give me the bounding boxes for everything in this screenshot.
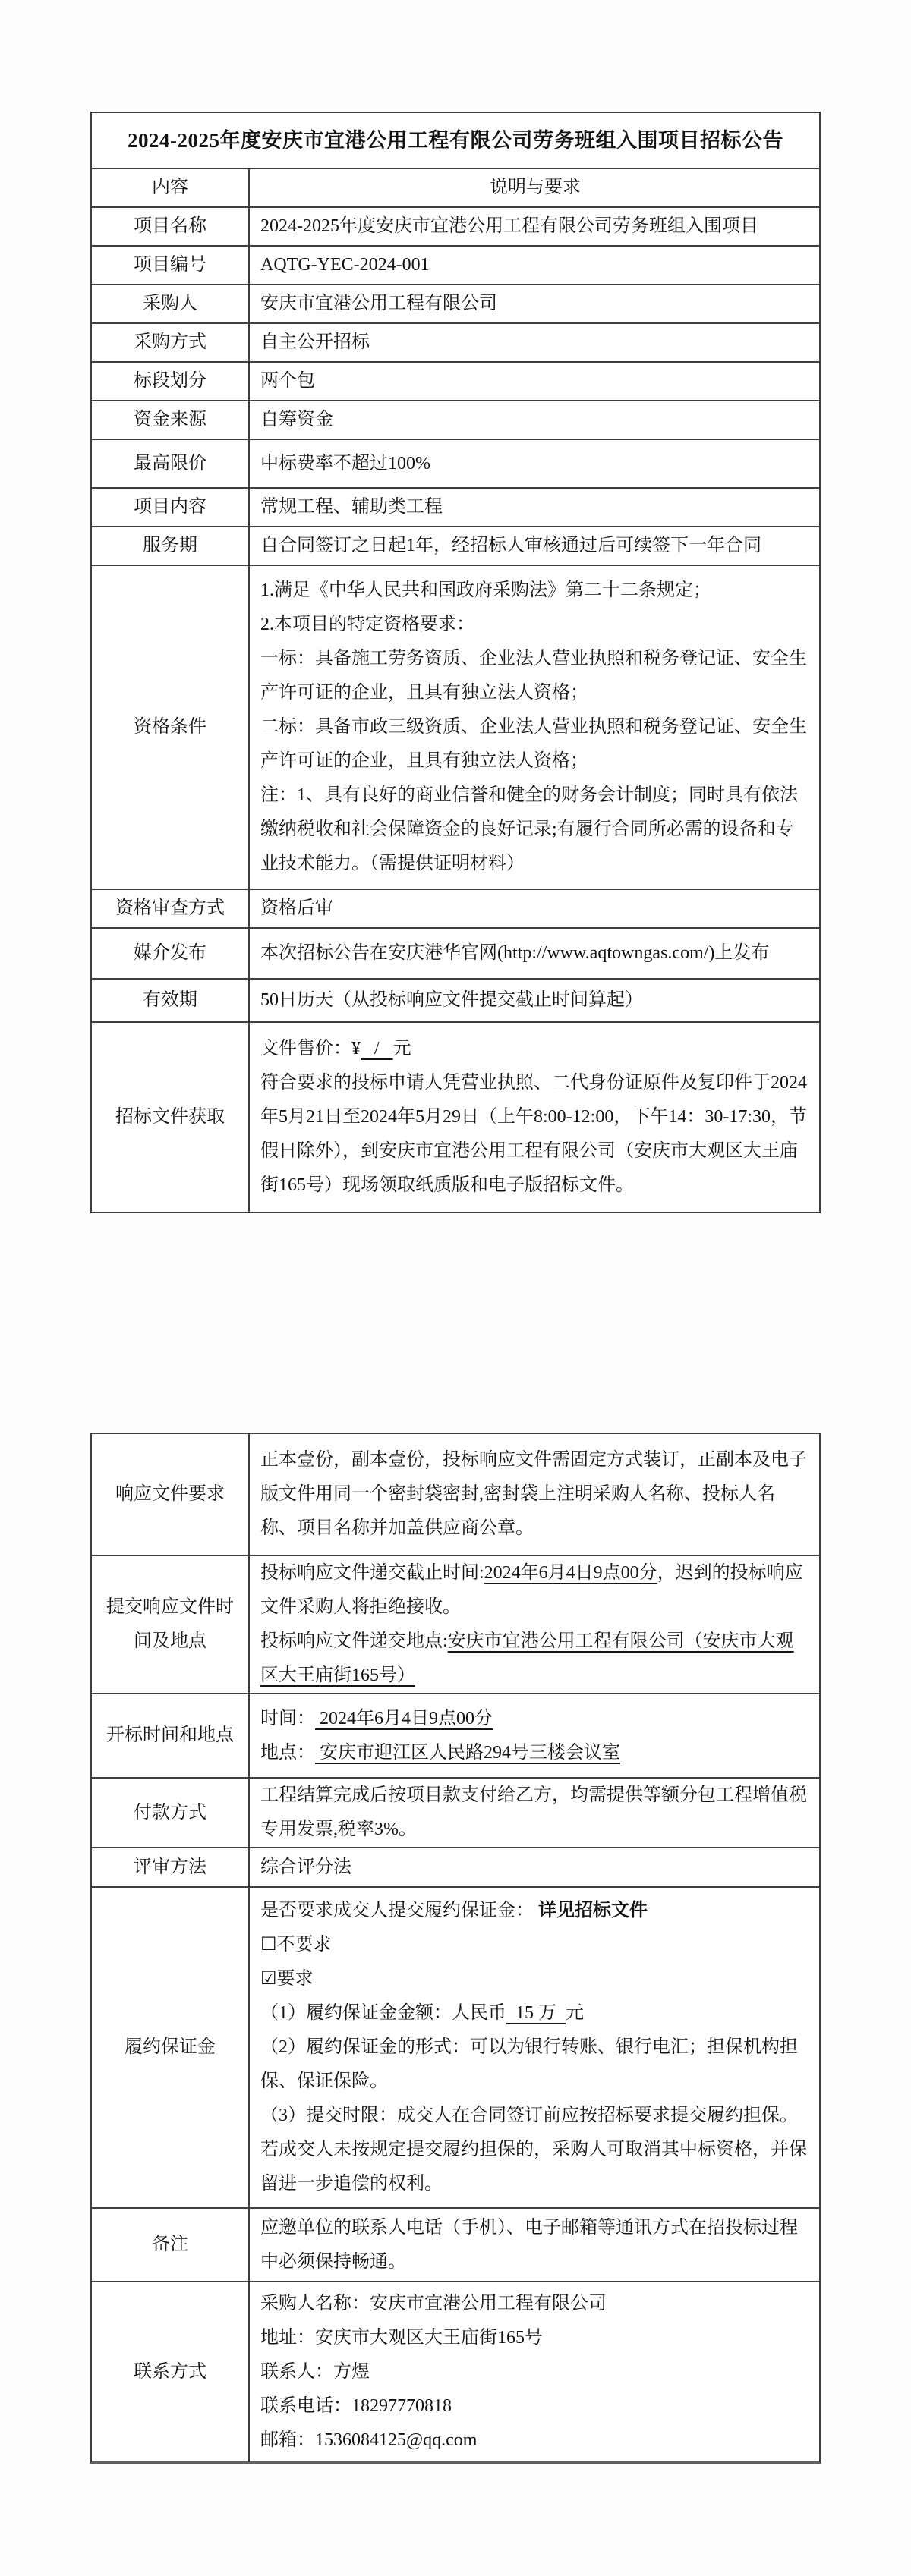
paragraph: 1.满足《中华人民共和国政府采购法》第二十二条规定； (260, 574, 810, 608)
text-run: 注：1、具有良好的商业信誉和健全的财务会计制度；同时具有依法缴纳税收和社会保障资… (260, 785, 798, 873)
document-content: 2024-2025年度安庆市宜港公用工程有限公司劳务班组入围项目招标公告 内容 … (90, 0, 821, 2464)
text-run: 详见招标文件 (538, 1901, 648, 1920)
paragraph: 二标：具备市政三级资质、企业法人营业执照和税务登记证、安全生产许可证的企业，且具… (260, 710, 810, 778)
row-value: 中标费率不超过100% (250, 440, 819, 487)
text-run: （1）履约保证金金额：人民币 (260, 2003, 506, 2023)
row-value: 正本壹份，副本壹份，投标响应文件需固定方式装订，正副本及电子版文件用同一个密封袋… (250, 1434, 819, 1555)
row-value: 工程结算完成后按项目款支付给乙方，均需提供等额分包工程增值税专用发票,税率3%。 (250, 1779, 819, 1847)
row-label: 备注 (92, 2209, 250, 2281)
page-title: 2024-2025年度安庆市宜港公用工程有限公司劳务班组入围项目招标公告 (92, 127, 819, 153)
row-value: 时间： 2024年6月4日9点00分地点： 安庆市迎江区人民路294号三楼会议室 (250, 1694, 819, 1777)
paragraph: 采购人名称：安庆市宜港公用工程有限公司 (260, 2287, 810, 2321)
row-value: 1.满足《中华人民共和国政府采购法》第二十二条规定；2.本项目的特定资格要求：一… (250, 566, 819, 889)
paragraph: 工程结算完成后按项目款支付给乙方，均需提供等额分包工程增值税专用发票,税率3%。 (260, 1779, 810, 1847)
text-run: 安庆市宜港公用工程有限公司 (260, 294, 497, 313)
text-run: 资格后审 (260, 898, 333, 918)
row-label: 履约保证金 (92, 1888, 250, 2207)
paragraph: 常规工程、辅助类工程 (260, 490, 810, 524)
row-label: 最高限价 (92, 440, 250, 487)
text-run: 联系电话：18297770818 (260, 2396, 452, 2416)
paragraph: ☑要求 (260, 1962, 810, 1996)
table-row: 资金来源自筹资金 (92, 401, 819, 440)
table-row: 付款方式工程结算完成后按项目款支付给乙方，均需提供等额分包工程增值税专用发票,税… (92, 1779, 819, 1848)
table-row: 有效期50日历天（从投标响应文件提交截止时间算起） (92, 980, 819, 1023)
text-run: 投标响应文件递交截止时间: (260, 1563, 484, 1583)
table-row: 招标文件获取文件售价：¥ / 元符合要求的投标申请人凭营业执照、二代身份证原件及… (92, 1023, 819, 1212)
paragraph: 投标响应文件递交截止时间:2024年6月4日9点00分，迟到的投标响应文件采购人… (260, 1556, 810, 1625)
text-run: 邮箱：1536084125@qq.com (260, 2430, 477, 2450)
row-label: 评审方法 (92, 1848, 250, 1886)
paragraph: 应邀单位的联系人电话（手机）、电子邮箱等通讯方式在招投标过程中必须保持畅通。 (260, 2211, 810, 2279)
table-row: 标段划分两个包 (92, 363, 819, 401)
text-run: 本次招标公告在安庆港华官网(http://www.aqtowngas.com/)… (260, 943, 769, 963)
table-row: 项目内容常规工程、辅助类工程 (92, 489, 819, 527)
paragraph: 地址：安庆市大观区大王庙街165号 (260, 2321, 810, 2355)
row-value: 常规工程、辅助类工程 (250, 489, 819, 526)
paragraph: 资格后审 (260, 892, 810, 926)
paragraph: 联系人：方煜 (260, 2355, 810, 2389)
text-run: 时间： (260, 1709, 315, 1728)
text-run: 联系人：方煜 (260, 2362, 370, 2382)
text-run: 自合同签订之日起1年，经招标人审核通过后可续签下一年合同 (260, 536, 761, 555)
paragraph: 文件售价：¥ / 元 (260, 1032, 810, 1066)
row-label: 采购方式 (92, 324, 250, 361)
paragraph: （1）履约保证金金额：人民币 15 万 元 (260, 1996, 810, 2030)
row-value: 两个包 (250, 363, 819, 400)
row-label: 有效期 (92, 980, 250, 1021)
page: 2024-2025年度安庆市宜港公用工程有限公司劳务班组入围项目招标公告 内容 … (0, 0, 911, 2576)
paragraph: 自主公开招标 (260, 326, 810, 360)
paragraph: 投标响应文件递交地点:安庆市宜港公用工程有限公司（安庆市大观区大王庙街165号） (260, 1625, 810, 1693)
table-header-row: 内容 说明与要求 (92, 169, 819, 208)
paragraph: 2.本项目的特定资格要求： (260, 608, 810, 642)
text-run: 2024年6月4日9点00分 (484, 1563, 657, 1583)
row-label: 提交响应文件时间及地点 (92, 1556, 250, 1693)
text-run: 自筹资金 (260, 410, 333, 429)
row-label: 招标文件获取 (92, 1023, 250, 1212)
text-run: 50日历天（从投标响应文件提交截止时间算起） (260, 990, 643, 1010)
row-label: 项目内容 (92, 489, 250, 526)
row-value: 投标响应文件递交截止时间:2024年6月4日9点00分，迟到的投标响应文件采购人… (250, 1556, 819, 1693)
paragraph: 一标：具备施工劳务资质、企业法人营业执照和税务登记证、安全生产许可证的企业，且具… (260, 642, 810, 710)
header-col-description: 说明与要求 (250, 169, 819, 206)
paragraph: 自筹资金 (260, 403, 810, 437)
paragraph: ☐不要求 (260, 1928, 810, 1962)
text-run: 二标：具备市政三级资质、企业法人营业执照和税务登记证、安全生产许可证的企业，且具… (260, 717, 807, 771)
text-run: 15 万 (506, 2003, 566, 2023)
text-run: 不要求 (277, 1935, 332, 1955)
header-col-content: 内容 (92, 169, 250, 206)
text-run: 综合评分法 (260, 1857, 351, 1877)
paragraph: 自合同签订之日起1年，经招标人审核通过后可续签下一年合同 (260, 529, 810, 563)
row-label: 媒介发布 (92, 929, 250, 978)
paragraph: （2）履约保证金的形式：可以为银行转账、银行电汇；担保机构担保、保证保险。 (260, 2030, 810, 2099)
table-row: 最高限价中标费率不超过100% (92, 440, 819, 489)
table-row: 备注应邀单位的联系人电话（手机）、电子邮箱等通讯方式在招投标过程中必须保持畅通。 (92, 2209, 819, 2282)
text-run: 中标费率不超过100% (260, 454, 430, 473)
paragraph: 2024-2025年度安庆市宜港公用工程有限公司劳务班组入围项目 (260, 209, 810, 244)
row-value: AQTG-YEC-2024-001 (250, 247, 819, 284)
table-row: 采购方式自主公开招标 (92, 324, 819, 363)
row-value: 2024-2025年度安庆市宜港公用工程有限公司劳务班组入围项目 (250, 208, 819, 245)
paragraph: 联系电话：18297770818 (260, 2389, 810, 2423)
row-value: 文件售价：¥ / 元符合要求的投标申请人凭营业执照、二代身份证原件及复印件于20… (250, 1023, 819, 1212)
text-run: 元 (566, 2003, 584, 2023)
text-run: 2024-2025年度安庆市宜港公用工程有限公司劳务班组入围项目 (260, 216, 758, 236)
paragraph: 地点： 安庆市迎江区人民路294号三楼会议室 (260, 1736, 810, 1770)
paragraph: 两个包 (260, 364, 810, 398)
paragraph: 是否要求成交人提交履约保证金： 详见招标文件 (260, 1894, 810, 1928)
table-row: 开标时间和地点时间： 2024年6月4日9点00分地点： 安庆市迎江区人民路29… (92, 1694, 819, 1779)
table-row: 项目名称2024-2025年度安庆市宜港公用工程有限公司劳务班组入围项目 (92, 208, 819, 247)
paragraph: 本次招标公告在安庆港华官网(http://www.aqtowngas.com/)… (260, 936, 810, 970)
text-run: 元 (393, 1039, 411, 1058)
text-run: AQTG-YEC-2024-001 (260, 255, 430, 275)
row-value: 采购人名称：安庆市宜港公用工程有限公司地址：安庆市大观区大王庙街165号联系人：… (250, 2282, 819, 2461)
row-label: 响应文件要求 (92, 1434, 250, 1555)
row-value: 应邀单位的联系人电话（手机）、电子邮箱等通讯方式在招投标过程中必须保持畅通。 (250, 2209, 819, 2281)
text-run: 地址：安庆市大观区大王庙街165号 (260, 2328, 543, 2348)
paragraph: 正本壹份，副本壹份，投标响应文件需固定方式装订，正副本及电子版文件用同一个密封袋… (260, 1443, 810, 1546)
table-row: 服务期自合同签订之日起1年，经招标人审核通过后可续签下一年合同 (92, 527, 819, 566)
table-row: 采购人安庆市宜港公用工程有限公司 (92, 285, 819, 324)
announcement-table-2: 响应文件要求正本壹份，副本壹份，投标响应文件需固定方式装订，正副本及电子版文件用… (90, 1433, 821, 2464)
text-run: 符合要求的投标申请人凭营业执照、二代身份证原件及复印件于2024年5月21日至2… (260, 1073, 807, 1195)
text-run: 自主公开招标 (260, 332, 370, 352)
table-row: 项目编号AQTG-YEC-2024-001 (92, 247, 819, 285)
table-row: 履约保证金是否要求成交人提交履约保证金： 详见招标文件☐不要求☑要求（1）履约保… (92, 1888, 819, 2209)
text-run: 要求 (277, 1969, 314, 1989)
paragraph: 安庆市宜港公用工程有限公司 (260, 287, 810, 321)
text-run: 一标：具备施工劳务资质、企业法人营业执照和税务登记证、安全生产许可证的企业，且具… (260, 649, 807, 703)
text-run: 是否要求成交人提交履约保证金： (260, 1901, 538, 1920)
row-value: 综合评分法 (250, 1848, 819, 1886)
text-run: 文件售价：¥ (260, 1039, 361, 1058)
text-run: 两个包 (260, 371, 315, 391)
row-value: 是否要求成交人提交履约保证金： 详见招标文件☐不要求☑要求（1）履约保证金金额：… (250, 1888, 819, 2207)
row-label: 开标时间和地点 (92, 1694, 250, 1777)
table-row: 联系方式采购人名称：安庆市宜港公用工程有限公司地址：安庆市大观区大王庙街165号… (92, 2282, 819, 2461)
text-run: 2024年6月4日9点00分 (315, 1709, 493, 1728)
table-row: 媒介发布本次招标公告在安庆港华官网(http://www.aqtowngas.c… (92, 929, 819, 980)
announcement-table-1: 2024-2025年度安庆市宜港公用工程有限公司劳务班组入围项目招标公告 内容 … (90, 112, 821, 1213)
paragraph: 中标费率不超过100% (260, 447, 810, 481)
text-run: 1.满足《中华人民共和国政府采购法》第二十二条规定； (260, 580, 711, 600)
row-value: 资格后审 (250, 890, 819, 927)
paragraph: 时间： 2024年6月4日9点00分 (260, 1702, 810, 1736)
text-run: （2）履约保证金的形式：可以为银行转账、银行电汇；担保机构担保、保证保险。 (260, 2037, 798, 2091)
row-label: 采购人 (92, 285, 250, 322)
text-run: / (361, 1039, 393, 1058)
table-row: 响应文件要求正本壹份，副本壹份，投标响应文件需固定方式装订，正副本及电子版文件用… (92, 1434, 819, 1556)
paragraph: 注：1、具有良好的商业信誉和健全的财务会计制度；同时具有依法缴纳税收和社会保障资… (260, 778, 810, 881)
row-value: 安庆市宜港公用工程有限公司 (250, 285, 819, 322)
table-row: 资格条件1.满足《中华人民共和国政府采购法》第二十二条规定；2.本项目的特定资格… (92, 566, 819, 890)
row-label: 标段划分 (92, 363, 250, 400)
row-label: 项目名称 (92, 208, 250, 245)
row-value: 自合同签订之日起1年，经招标人审核通过后可续签下一年合同 (250, 527, 819, 565)
text-run: 正本壹份，副本壹份，投标响应文件需固定方式装订，正副本及电子版文件用同一个密封袋… (260, 1450, 807, 1538)
row-label: 资格条件 (92, 566, 250, 889)
paragraph: AQTG-YEC-2024-001 (260, 248, 810, 282)
text-run: 投标响应文件递交地点: (260, 1631, 448, 1651)
paragraph: 50日历天（从投标响应文件提交截止时间算起） (260, 983, 810, 1018)
text-run: 采购人名称：安庆市宜港公用工程有限公司 (260, 2294, 607, 2313)
row-value: 自主公开招标 (250, 324, 819, 361)
text-run: 工程结算完成后按项目款支付给乙方，均需提供等额分包工程增值税专用发票,税率3%。 (260, 1785, 807, 1839)
row-label: 付款方式 (92, 1779, 250, 1847)
text-run: 安庆市迎江区人民路294号三楼会议室 (315, 1743, 620, 1763)
row-value: 本次招标公告在安庆港华官网(http://www.aqtowngas.com/)… (250, 929, 819, 978)
row-label: 项目编号 (92, 247, 250, 284)
paragraph: 邮箱：1536084125@qq.com (260, 2423, 810, 2458)
text-run: 地点： (260, 1743, 315, 1763)
text-run: （3）提交时限：成交人在合同签订前应按招标要求提交履约担保。若成交人未按规定提交… (260, 2106, 807, 2194)
row-label: 服务期 (92, 527, 250, 565)
text-run: 应邀单位的联系人电话（手机）、电子邮箱等通讯方式在招投标过程中必须保持畅通。 (260, 2218, 798, 2272)
table-title-row: 2024-2025年度安庆市宜港公用工程有限公司劳务班组入围项目招标公告 (92, 113, 819, 169)
row-label: 资金来源 (92, 401, 250, 439)
text-run: 2.本项目的特定资格要求： (260, 615, 474, 634)
paragraph: 综合评分法 (260, 1851, 810, 1885)
table-row: 评审方法综合评分法 (92, 1848, 819, 1888)
paragraph: 符合要求的投标申请人凭营业执照、二代身份证原件及复印件于2024年5月21日至2… (260, 1066, 810, 1203)
table-row: 提交响应文件时间及地点投标响应文件递交截止时间:2024年6月4日9点00分，迟… (92, 1556, 819, 1694)
row-value: 50日历天（从投标响应文件提交截止时间算起） (250, 980, 819, 1021)
paragraph: （3）提交时限：成交人在合同签订前应按招标要求提交履约担保。若成交人未按规定提交… (260, 2099, 810, 2201)
checkbox-unchecked-icon: ☐ (260, 1935, 277, 1955)
row-value: 自筹资金 (250, 401, 819, 439)
table-row: 资格审查方式资格后审 (92, 890, 819, 929)
row-label: 资格审查方式 (92, 890, 250, 927)
text-run: 常规工程、辅助类工程 (260, 497, 443, 517)
checkbox-checked-icon: ☑ (260, 1969, 277, 1989)
row-label: 联系方式 (92, 2282, 250, 2461)
